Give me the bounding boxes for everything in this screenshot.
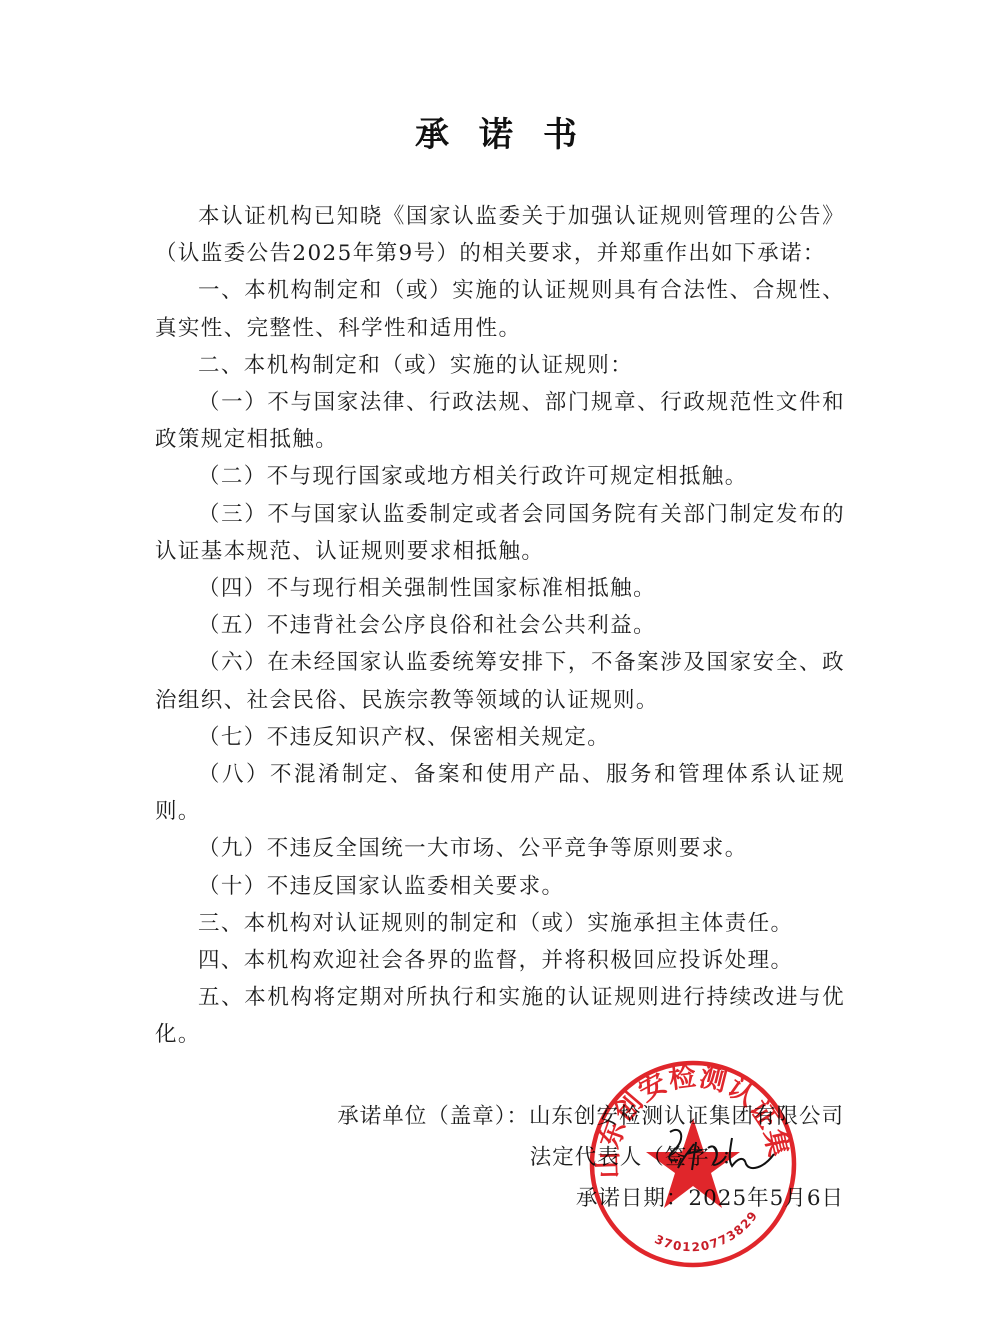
unit-label: 承诺单位（盖章）： <box>337 1104 529 1129</box>
date-label: 承诺日期： <box>576 1186 689 1211</box>
commitment-1: 一、本机构制定和（或）实施的认证规则具有合法性、合规性、真实性、完整性、科学性和… <box>155 272 845 346</box>
sub-item-7: （七）不违反知识产权、保密相关规定。 <box>155 719 845 756</box>
sub-item-1: （一）不与国家法律、行政法规、部门规章、行政规范性文件和政策规定相抵触。 <box>155 384 845 458</box>
document-body: 本认证机构已知晓《国家认监委关于加强认证规则管理的公告》（认监委公告2025年第… <box>155 198 845 1054</box>
signature-block: 承诺单位（盖章）：山东创安检测认证集团有限公司 法定代表人（签字）： 承诺日期：… <box>337 1096 844 1219</box>
sub-item-4: （四）不与现行相关强制性国家标准相抵触。 <box>155 570 845 607</box>
representative-line: 法定代表人（签字）： <box>337 1137 844 1178</box>
commitment-5: 五、本机构将定期对所执行和实施的认证规则进行持续改进与优化。 <box>155 979 845 1053</box>
unit-line: 承诺单位（盖章）：山东创安检测认证集团有限公司 <box>337 1096 844 1137</box>
sub-item-9: （九）不违反全国统一大市场、公平竞争等原则要求。 <box>155 830 845 867</box>
representative-label: 法定代表人（签字）： <box>530 1145 744 1170</box>
sub-item-8: （八）不混淆制定、备案和使用产品、服务和管理体系认证规则。 <box>155 756 845 830</box>
sub-item-3: （三）不与国家认监委制定或者会同国务院有关部门制定发布的认证基本规范、认证规则要… <box>155 496 845 570</box>
sub-item-6: （六）在未经国家认监委统筹安排下，不备案涉及国家安全、政治组织、社会民俗、民族宗… <box>155 644 845 718</box>
sub-item-10: （十）不违反国家认监委相关要求。 <box>155 868 845 905</box>
sub-item-5: （五）不违背社会公序良俗和社会公共利益。 <box>155 607 845 644</box>
sub-item-2: （二）不与现行国家或地方相关行政许可规定相抵触。 <box>155 458 845 495</box>
date-value: 2025年5月6日 <box>688 1186 844 1211</box>
document-page: 承诺书 本认证机构已知晓《国家认监委关于加强认证规则管理的公告》（认监委公告20… <box>0 0 992 1323</box>
commitment-2: 二、本机构制定和（或）实施的认证规则： <box>155 347 845 384</box>
commitment-3: 三、本机构对认证规则的制定和（或）实施承担主体责任。 <box>155 905 845 942</box>
unit-name: 山东创安检测认证集团有限公司 <box>529 1104 844 1129</box>
commitment-4: 四、本机构欢迎社会各界的监督，并将积极回应投诉处理。 <box>155 942 845 979</box>
date-line: 承诺日期：2025年5月6日 <box>337 1178 844 1219</box>
intro-paragraph: 本认证机构已知晓《国家认监委关于加强认证规则管理的公告》（认监委公告2025年第… <box>155 198 845 272</box>
document-title: 承诺书 <box>0 110 992 160</box>
